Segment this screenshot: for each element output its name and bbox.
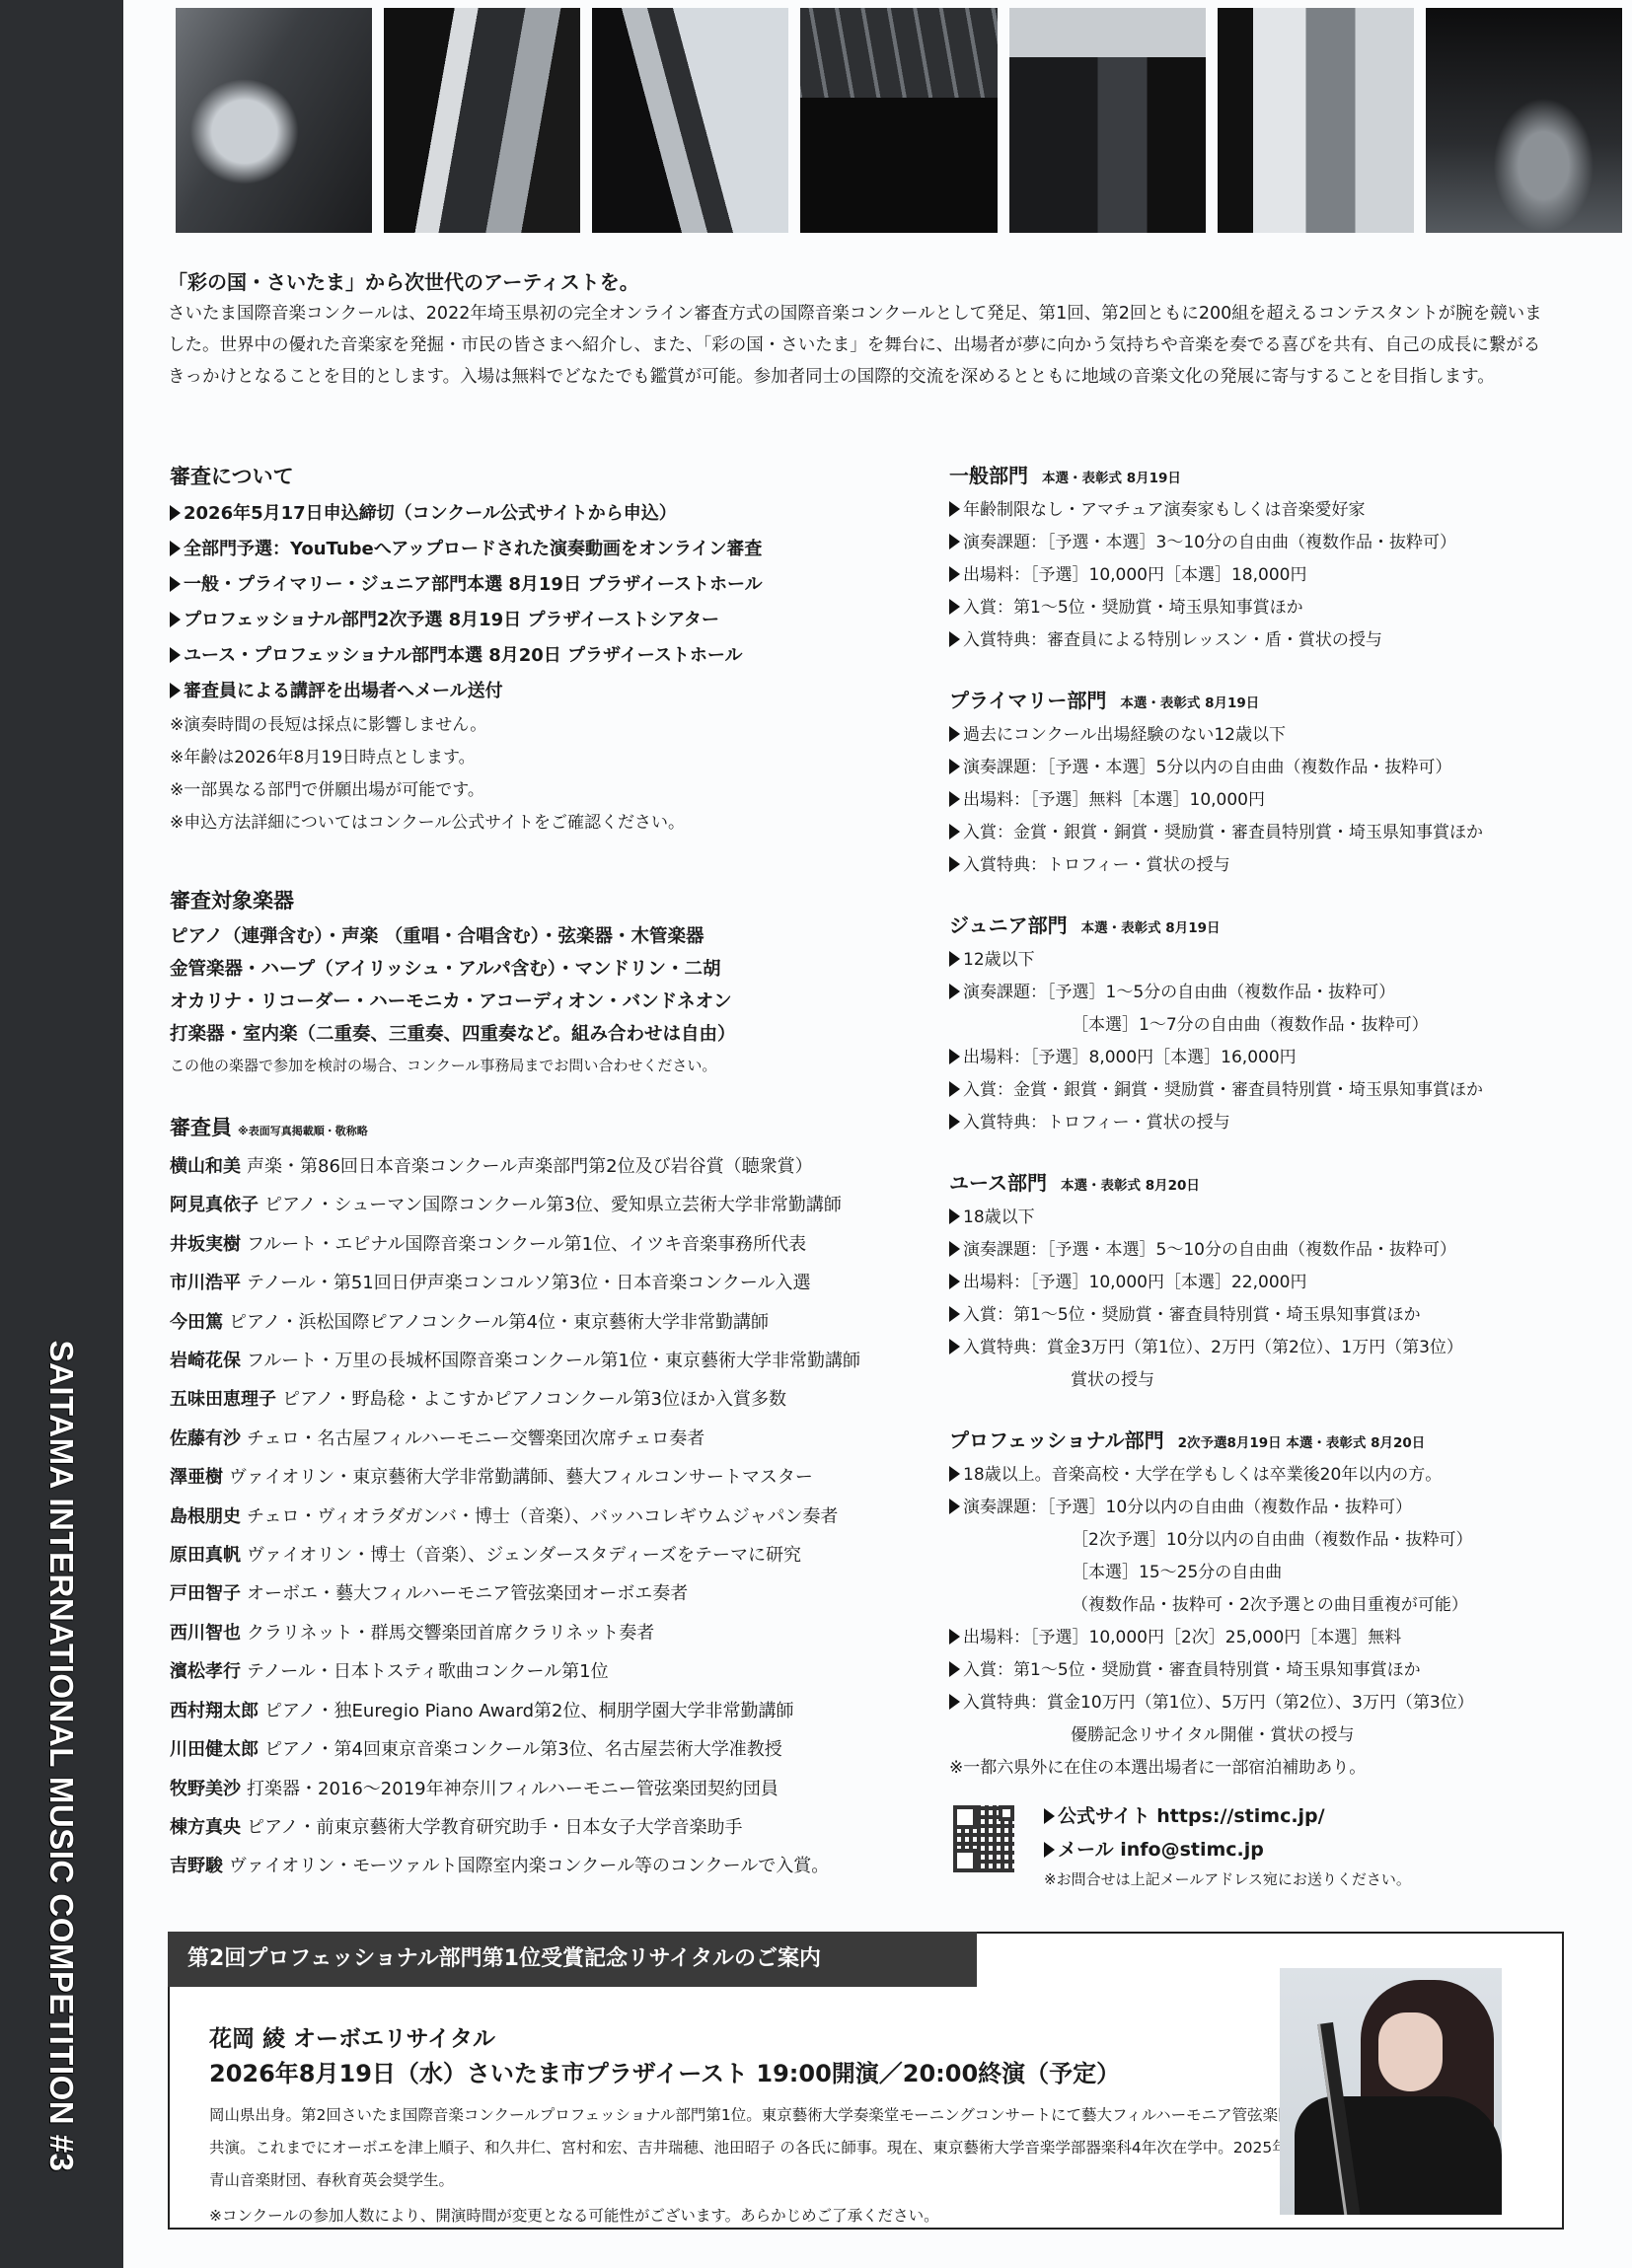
review-title: 審査について bbox=[170, 461, 900, 490]
judge-row: 今田篤ピアノ・浜松国際ピアノコンクール第4位・東京藝術大学非常勤講師 bbox=[170, 1303, 920, 1342]
judge-row: 棟方真央ピアノ・前東京藝術大学教育研究助手・日本女子大学音楽助手 bbox=[170, 1808, 920, 1847]
division-line: 入賞特典：トロフィー・賞状の授与 bbox=[949, 1107, 1581, 1139]
intro-title: 「彩の国・さいたま」から次世代のアーティストを。 bbox=[168, 266, 639, 295]
triangle-icon bbox=[949, 759, 960, 774]
division-date: 本選・表彰式 8月19日 bbox=[1120, 695, 1259, 711]
division-date: 本選・表彰式 8月19日 bbox=[1042, 471, 1181, 486]
judge-desc: ピアノ・前東京藝術大学教育研究助手・日本女子大学音楽助手 bbox=[247, 1817, 743, 1838]
judge-name: 吉野駿 bbox=[170, 1856, 223, 1876]
judge-desc: ピアノ・独Euregio Piano Award第2位、桐朋学園大学非常勤講師 bbox=[264, 1701, 794, 1721]
judge-desc: フルート・万里の長城杯国際音楽コンクール第1位・東京藝術大学非常勤講師 bbox=[247, 1351, 860, 1371]
judge-desc: テノール・第51回日伊声楽コンコルソ第3位・日本音楽コンクール入選 bbox=[247, 1273, 810, 1293]
contact-block: 公式サイト https://stimc.jp/ メール info@stimc.j… bbox=[953, 1801, 1545, 1890]
triangle-icon bbox=[949, 1466, 960, 1482]
judge-row: 原田真帆ヴァイオリン・博士（音楽）、ジェンダースタディーズをテーマに研究 bbox=[170, 1536, 920, 1574]
triangle-icon bbox=[949, 599, 960, 615]
recital-banner: 第2回プロフェッショナル部門第1位受賞記念リサイタルのご案内 bbox=[168, 1932, 977, 1987]
judge-name: 市川浩平 bbox=[170, 1273, 241, 1293]
division-line: 出場料：［予選］10,000円［本選］18,000円 bbox=[949, 559, 1581, 592]
division-line: 演奏課題：［予選］10分以内の自由曲（複数作品・抜粋可） bbox=[949, 1492, 1581, 1524]
division-title: プライマリー部門本選・表彰式 8月19日 bbox=[949, 685, 1581, 719]
instruments-title: 審査対象楽器 bbox=[170, 885, 900, 915]
judge-desc: クラリネット・群馬交響楽団首席クラリネット奏者 bbox=[247, 1623, 654, 1644]
division-title: ジュニア部門本選・表彰式 8月19日 bbox=[949, 910, 1581, 944]
review-note: ※申込方法詳細についてはコンクール公式サイトをご確認ください。 bbox=[170, 807, 900, 840]
division-line: ［2次予選］10分以内の自由曲（複数作品・抜粋可） bbox=[949, 1524, 1581, 1557]
judge-desc: チェロ・ヴィオラダガンバ・博士（音楽）、バッハコレギウムジャパン奏者 bbox=[247, 1506, 838, 1527]
judge-name: 阿見真依子 bbox=[170, 1195, 259, 1215]
judge-name: 井坂実樹 bbox=[170, 1234, 241, 1255]
triangle-icon bbox=[949, 1081, 960, 1097]
division-date: 本選・表彰式 8月19日 bbox=[1081, 920, 1221, 936]
review-bullet: 全部門予選：YouTubeへアップロードされた演奏動画をオンライン審査 bbox=[170, 532, 900, 567]
triangle-icon bbox=[170, 612, 181, 627]
division-line: 演奏課題：［予選・本選］5～10分の自由曲（複数作品・抜粋可） bbox=[949, 1234, 1581, 1267]
judge-row: 阿見真依子ピアノ・シューマン国際コンクール第3位、愛知県立芸術大学非常勤講師 bbox=[170, 1186, 920, 1224]
judge-name: 佐藤有沙 bbox=[170, 1428, 241, 1449]
judge-row: 澤亜樹ヴァイオリン・東京藝術大学非常勤講師、藝大フィルコンサートマスター bbox=[170, 1458, 920, 1497]
division-line: 賞状の授与 bbox=[949, 1364, 1581, 1397]
instrument-photo-strip bbox=[176, 8, 1622, 233]
recital-name: 花岡 綾 オーボエリサイタル bbox=[209, 2020, 495, 2053]
division-line: ［本選］1～7分の自由曲（複数作品・抜粋可） bbox=[949, 1009, 1581, 1042]
triangle-icon bbox=[949, 791, 960, 807]
triangle-icon bbox=[949, 951, 960, 967]
division-title: ユース部門本選・表彰式 8月20日 bbox=[949, 1167, 1581, 1202]
review-bullet: 一般・プライマリー・ジュニア部門本選 8月19日 プラザイーストホール bbox=[170, 567, 900, 603]
judge-row: 島根朋史チェロ・ヴィオラダガンバ・博士（音楽）、バッハコレギウムジャパン奏者 bbox=[170, 1498, 920, 1536]
instrument-line: オカリナ・リコーダー・ハーモニカ・アコーディオン・バンドネオン bbox=[170, 986, 900, 1018]
division-footnote: ※一都六県外に在住の本選出場者に一部宿泊補助あり。 bbox=[949, 1752, 1581, 1785]
division-block: ジュニア部門本選・表彰式 8月19日12歳以下演奏課題：［予選］1～5分の自由曲… bbox=[949, 910, 1581, 1139]
judge-row: 横山和美声楽・第86回日本音楽コンクール声楽部門第2位及び岩谷賞（聴衆賞） bbox=[170, 1147, 920, 1186]
judge-desc: ピアノ・浜松国際ピアノコンクール第4位・東京藝術大学非常勤講師 bbox=[229, 1312, 769, 1333]
division-line: 優勝記念リサイタル開催・賞状の授与 bbox=[949, 1719, 1581, 1752]
judge-desc: ピアノ・野島稔・よこすかピアノコンクール第3位ほか入賞多数 bbox=[282, 1389, 786, 1410]
judge-name: 原田真帆 bbox=[170, 1545, 241, 1566]
contact-note: ※お問合せは上記メールアドレス宛にお送りください。 bbox=[1044, 1868, 1411, 1889]
judge-row: 井坂実樹フルート・エピナル国際音楽コンクール第1位、イツキ音楽事務所代表 bbox=[170, 1225, 920, 1264]
judge-row: 川田健太郎ピアノ・第4回東京音楽コンクール第3位、名古屋芸術大学准教授 bbox=[170, 1730, 920, 1769]
review-note: ※年齢は2026年8月19日時点とします。 bbox=[170, 742, 900, 774]
division-date: 本選・表彰式 8月20日 bbox=[1061, 1178, 1200, 1194]
judge-desc: 声楽・第86回日本音楽コンクール声楽部門第2位及び岩谷賞（聴衆賞） bbox=[247, 1156, 813, 1177]
division-date: 2次予選8月19日 本選・表彰式 8月20日 bbox=[1178, 1435, 1426, 1451]
judge-row: 西川智也クラリネット・群馬交響楽団首席クラリネット奏者 bbox=[170, 1614, 920, 1652]
judge-row: 西村翔太郎ピアノ・独Euregio Piano Award第2位、桐朋学園大学非… bbox=[170, 1692, 920, 1730]
judge-row: 岩崎花保フルート・万里の長城杯国際音楽コンクール第1位・東京藝術大学非常勤講師 bbox=[170, 1342, 920, 1380]
recital-date: 2026年8月19日（水）さいたま市プラザイースト 19:00開演／20:00終… bbox=[209, 2054, 1120, 2088]
judge-row: 五味田恵理子ピアノ・野島稔・よこすかピアノコンクール第3位ほか入賞多数 bbox=[170, 1380, 920, 1419]
division-line: 入賞特典：賞金10万円（第1位）、5万円（第2位）、3万円（第3位） bbox=[949, 1687, 1581, 1719]
divisions-column: 一般部門本選・表彰式 8月19日年齢制限なし・アマチュア演奏家もしくは音楽愛好家… bbox=[949, 460, 1581, 1812]
division-line: 出場料：［予選］10,000円［本選］22,000円 bbox=[949, 1267, 1581, 1299]
review-bullet: 2026年5月17日申込締切（コンクール公式サイトから申込） bbox=[170, 496, 900, 532]
triangle-icon bbox=[949, 1049, 960, 1064]
division-title: 一般部門本選・表彰式 8月19日 bbox=[949, 460, 1581, 494]
judge-name: 島根朋史 bbox=[170, 1506, 241, 1527]
judge-desc: 打楽器・2016～2019年神奈川フィルハーモニー管弦楽団契約団員 bbox=[247, 1779, 779, 1799]
performer-photo bbox=[1280, 1968, 1502, 2215]
division-line: 年齢制限なし・アマチュア演奏家もしくは音楽愛好家 bbox=[949, 494, 1581, 527]
triangle-icon bbox=[949, 856, 960, 872]
division-line: 出場料：［予選］無料［本選］10,000円 bbox=[949, 784, 1581, 817]
division-line: 入賞特典：賞金3万円（第1位）、2万円（第2位）、1万円（第3位） bbox=[949, 1332, 1581, 1364]
division-block: プロフェッショナル部門2次予選8月19日 本選・表彰式 8月20日18歳以上。音… bbox=[949, 1425, 1581, 1785]
photo-marimba bbox=[800, 8, 997, 233]
triangle-icon bbox=[949, 1661, 960, 1677]
triangle-icon bbox=[949, 631, 960, 647]
judge-desc: テノール・日本トスティ歌曲コンクール第1位 bbox=[247, 1661, 609, 1682]
division-line: 12歳以下 bbox=[949, 944, 1581, 977]
division-line: ［本選］15～25分の自由曲 bbox=[949, 1557, 1581, 1589]
judge-desc: ヴァイオリン・東京藝術大学非常勤講師、藝大フィルコンサートマスター bbox=[229, 1467, 813, 1488]
judge-name: 五味田恵理子 bbox=[170, 1389, 276, 1410]
triangle-icon bbox=[949, 566, 960, 582]
triangle-icon bbox=[170, 505, 181, 521]
division-block: 一般部門本選・表彰式 8月19日年齢制限なし・アマチュア演奏家もしくは音楽愛好家… bbox=[949, 460, 1581, 657]
division-line: 入賞：第1～5位・奨励賞・審査員特別賞・埼玉県知事賞ほか bbox=[949, 1654, 1581, 1687]
triangle-icon bbox=[949, 1208, 960, 1224]
triangle-icon bbox=[1044, 1842, 1055, 1858]
division-line: 入賞：金賞・銀賞・銅賞・奨励賞・審査員特別賞・埼玉県知事賞ほか bbox=[949, 817, 1581, 849]
triangle-icon bbox=[949, 1499, 960, 1514]
division-line: 入賞：金賞・銀賞・銅賞・奨励賞・審査員特別賞・埼玉県知事賞ほか bbox=[949, 1074, 1581, 1107]
division-line: 演奏課題：［予選・本選］5分以内の自由曲（複数作品・抜粋可） bbox=[949, 752, 1581, 784]
review-section: 審査について 2026年5月17日申込締切（コンクール公式サイトから申込） 全部… bbox=[170, 461, 900, 840]
judge-row: 佐藤有沙チェロ・名古屋フィルハーモニー交響楽団次席チェロ奏者 bbox=[170, 1420, 920, 1458]
triangle-icon bbox=[170, 647, 181, 663]
recital-note: ※コンクールの参加人数により、開演時間が変更となる可能性がございます。あらかじめ… bbox=[209, 2204, 939, 2226]
judge-name: 西川智也 bbox=[170, 1623, 241, 1644]
photo-accordion bbox=[1009, 8, 1206, 233]
review-bullet: 審査員による講評を出場者へメール送付 bbox=[170, 674, 900, 709]
judge-name: 澤亜樹 bbox=[170, 1467, 223, 1488]
triangle-icon bbox=[949, 726, 960, 742]
judge-name: 濱松孝行 bbox=[170, 1661, 241, 1682]
judges-section: 審査員※表面写真掲載順・敬称略 横山和美声楽・第86回日本音楽コンクール声楽部門… bbox=[170, 1112, 920, 1886]
review-note: ※一部異なる部門で併願出場が可能です。 bbox=[170, 774, 900, 807]
judge-row: 市川浩平テノール・第51回日伊声楽コンコルソ第3位・日本音楽コンクール入選 bbox=[170, 1264, 920, 1302]
division-block: ユース部門本選・表彰式 8月20日18歳以下演奏課題：［予選・本選］5～10分の… bbox=[949, 1167, 1581, 1397]
judge-desc: チェロ・名古屋フィルハーモニー交響楽団次席チェロ奏者 bbox=[247, 1428, 705, 1449]
division-line: 入賞特典：審査員による特別レッスン・盾・賞状の授与 bbox=[949, 624, 1581, 657]
division-line: 18歳以下 bbox=[949, 1202, 1581, 1234]
triangle-icon bbox=[170, 576, 181, 592]
triangle-icon bbox=[949, 1114, 960, 1130]
division-line: 入賞特典：トロフィー・賞状の授与 bbox=[949, 849, 1581, 882]
judge-name: 今田篤 bbox=[170, 1312, 223, 1333]
division-line: 出場料：［予選］8,000円［本選］16,000円 bbox=[949, 1042, 1581, 1074]
official-site-link[interactable]: 公式サイト https://stimc.jp/ bbox=[1044, 1801, 1325, 1828]
review-note: ※演奏時間の長短は採点に影響しません。 bbox=[170, 709, 900, 742]
judge-desc: ヴァイオリン・博士（音楽）、ジェンダースタディーズをテーマに研究 bbox=[247, 1545, 801, 1566]
triangle-icon bbox=[949, 501, 960, 517]
division-line: 過去にコンクール出場経験のない12歳以下 bbox=[949, 719, 1581, 752]
triangle-icon bbox=[949, 1694, 960, 1710]
division-line: 演奏課題：［予選・本選］3～10分の自由曲（複数作品・抜粋可） bbox=[949, 527, 1581, 559]
division-line: 入賞：第1～5位・奨励賞・埼玉県知事賞ほか bbox=[949, 592, 1581, 624]
review-bullet: ユース・プロフェッショナル部門本選 8月20日 プラザイーストホール bbox=[170, 638, 900, 674]
photo-flute bbox=[592, 8, 788, 233]
judge-desc: フルート・エピナル国際音楽コンクール第1位、イツキ音楽事務所代表 bbox=[247, 1234, 806, 1255]
judge-desc: ヴァイオリン・モーツァルト国際室内楽コンクール等のコンクールで入賞。 bbox=[229, 1856, 829, 1876]
judge-row: 戸田智子オーボエ・藝大フィルハーモニア管弦楽団オーボエ奏者 bbox=[170, 1574, 920, 1613]
judge-row: 牧野美沙打楽器・2016～2019年神奈川フィルハーモニー管弦楽団契約団員 bbox=[170, 1770, 920, 1808]
judge-name: 棟方真央 bbox=[170, 1817, 241, 1838]
instrument-line: ピアノ（連弾含む）・声楽 （重唱・合唱含む）・弦楽器・木管楽器 bbox=[170, 920, 900, 953]
photo-violin bbox=[176, 8, 372, 233]
triangle-icon bbox=[170, 541, 181, 556]
judge-list: 横山和美声楽・第86回日本音楽コンクール声楽部門第2位及び岩谷賞（聴衆賞）阿見真… bbox=[170, 1147, 920, 1886]
triangle-icon bbox=[949, 984, 960, 999]
judge-name: 牧野美沙 bbox=[170, 1779, 241, 1799]
photo-piano bbox=[1218, 8, 1414, 233]
judge-row: 吉野駿ヴァイオリン・モーツァルト国際室内楽コンクール等のコンクールで入賞。 bbox=[170, 1847, 920, 1885]
triangle-icon bbox=[170, 683, 181, 698]
photo-cello bbox=[384, 8, 580, 233]
triangle-icon bbox=[949, 1339, 960, 1354]
judge-row: 濱松孝行テノール・日本トスティ歌曲コンクール第1位 bbox=[170, 1652, 920, 1691]
judge-name: 横山和美 bbox=[170, 1156, 241, 1177]
recital-bio: 岡山県出身。第2回さいたま国際音楽コンクールプロフェッショナル部門第1位。東京藝… bbox=[209, 2099, 1314, 2197]
division-line: 演奏課題：［予選］1～5分の自由曲（複数作品・抜粋可） bbox=[949, 977, 1581, 1009]
division-line: 入賞：第1～5位・奨励賞・審査員特別賞・埼玉県知事賞ほか bbox=[949, 1299, 1581, 1332]
judge-name: 川田健太郎 bbox=[170, 1739, 259, 1760]
judge-name: 西村翔太郎 bbox=[170, 1701, 259, 1721]
triangle-icon bbox=[949, 1629, 960, 1645]
triangle-icon bbox=[949, 1306, 960, 1322]
side-spine: SAITAMA INTERNATIONAL MUSIC COMPETITION … bbox=[0, 0, 123, 2268]
triangle-icon bbox=[949, 824, 960, 840]
instruments-note: この他の楽器で参加を検討の場合、コンクール事務局までお問い合わせください。 bbox=[170, 1051, 900, 1080]
judges-subtitle: ※表面写真掲載順・敬称略 bbox=[238, 1125, 368, 1137]
judge-desc: オーボエ・藝大フィルハーモニア管弦楽団オーボエ奏者 bbox=[247, 1583, 688, 1604]
triangle-icon bbox=[949, 1241, 960, 1257]
qr-code-icon[interactable] bbox=[953, 1805, 1014, 1872]
triangle-icon bbox=[1044, 1808, 1055, 1824]
judge-name: 戸田智子 bbox=[170, 1583, 241, 1604]
instrument-line: 金管楽器・ハープ（アイリッシュ・アルパ含む）・マンドリン・二胡 bbox=[170, 953, 900, 986]
division-block: プライマリー部門本選・表彰式 8月19日過去にコンクール出場経験のない12歳以下… bbox=[949, 685, 1581, 882]
triangle-icon bbox=[949, 1274, 960, 1289]
instrument-line: 打楽器・室内楽（二重奏、三重奏、四重奏など。組み合わせは自由） bbox=[170, 1018, 900, 1051]
judge-name: 岩崎花保 bbox=[170, 1351, 241, 1371]
email-link[interactable]: メール info@stimc.jp bbox=[1044, 1835, 1264, 1862]
judge-desc: ピアノ・第4回東京音楽コンクール第3位、名古屋芸術大学准教授 bbox=[264, 1739, 782, 1760]
photo-bandoneon bbox=[1426, 8, 1622, 233]
spine-title: SAITAMA INTERNATIONAL MUSIC COMPETITION … bbox=[42, 1341, 80, 2172]
division-line: （複数作品・抜粋可・2次予選との曲目重複が可能） bbox=[949, 1589, 1581, 1622]
division-line: 18歳以上。音楽高校・大学在学もしくは卒業後20年以内の方。 bbox=[949, 1459, 1581, 1492]
triangle-icon bbox=[949, 534, 960, 549]
division-title: プロフェッショナル部門2次予選8月19日 本選・表彰式 8月20日 bbox=[949, 1425, 1581, 1459]
judge-desc: ピアノ・シューマン国際コンクール第3位、愛知県立芸術大学非常勤講師 bbox=[264, 1195, 842, 1215]
intro-body: さいたま国際音楽コンクールは、2022年埼玉県初の完全オンライン審査方式の国際音… bbox=[168, 298, 1549, 393]
division-line: 出場料：［予選］10,000円［2次］25,000円［本選］無料 bbox=[949, 1622, 1581, 1654]
review-bullet: プロフェッショナル部門2次予選 8月19日 プラザイーストシアター bbox=[170, 603, 900, 638]
instruments-section: 審査対象楽器 ピアノ（連弾含む）・声楽 （重唱・合唱含む）・弦楽器・木管楽器 金… bbox=[170, 885, 900, 1080]
judges-title: 審査員※表面写真掲載順・敬称略 bbox=[170, 1112, 920, 1141]
